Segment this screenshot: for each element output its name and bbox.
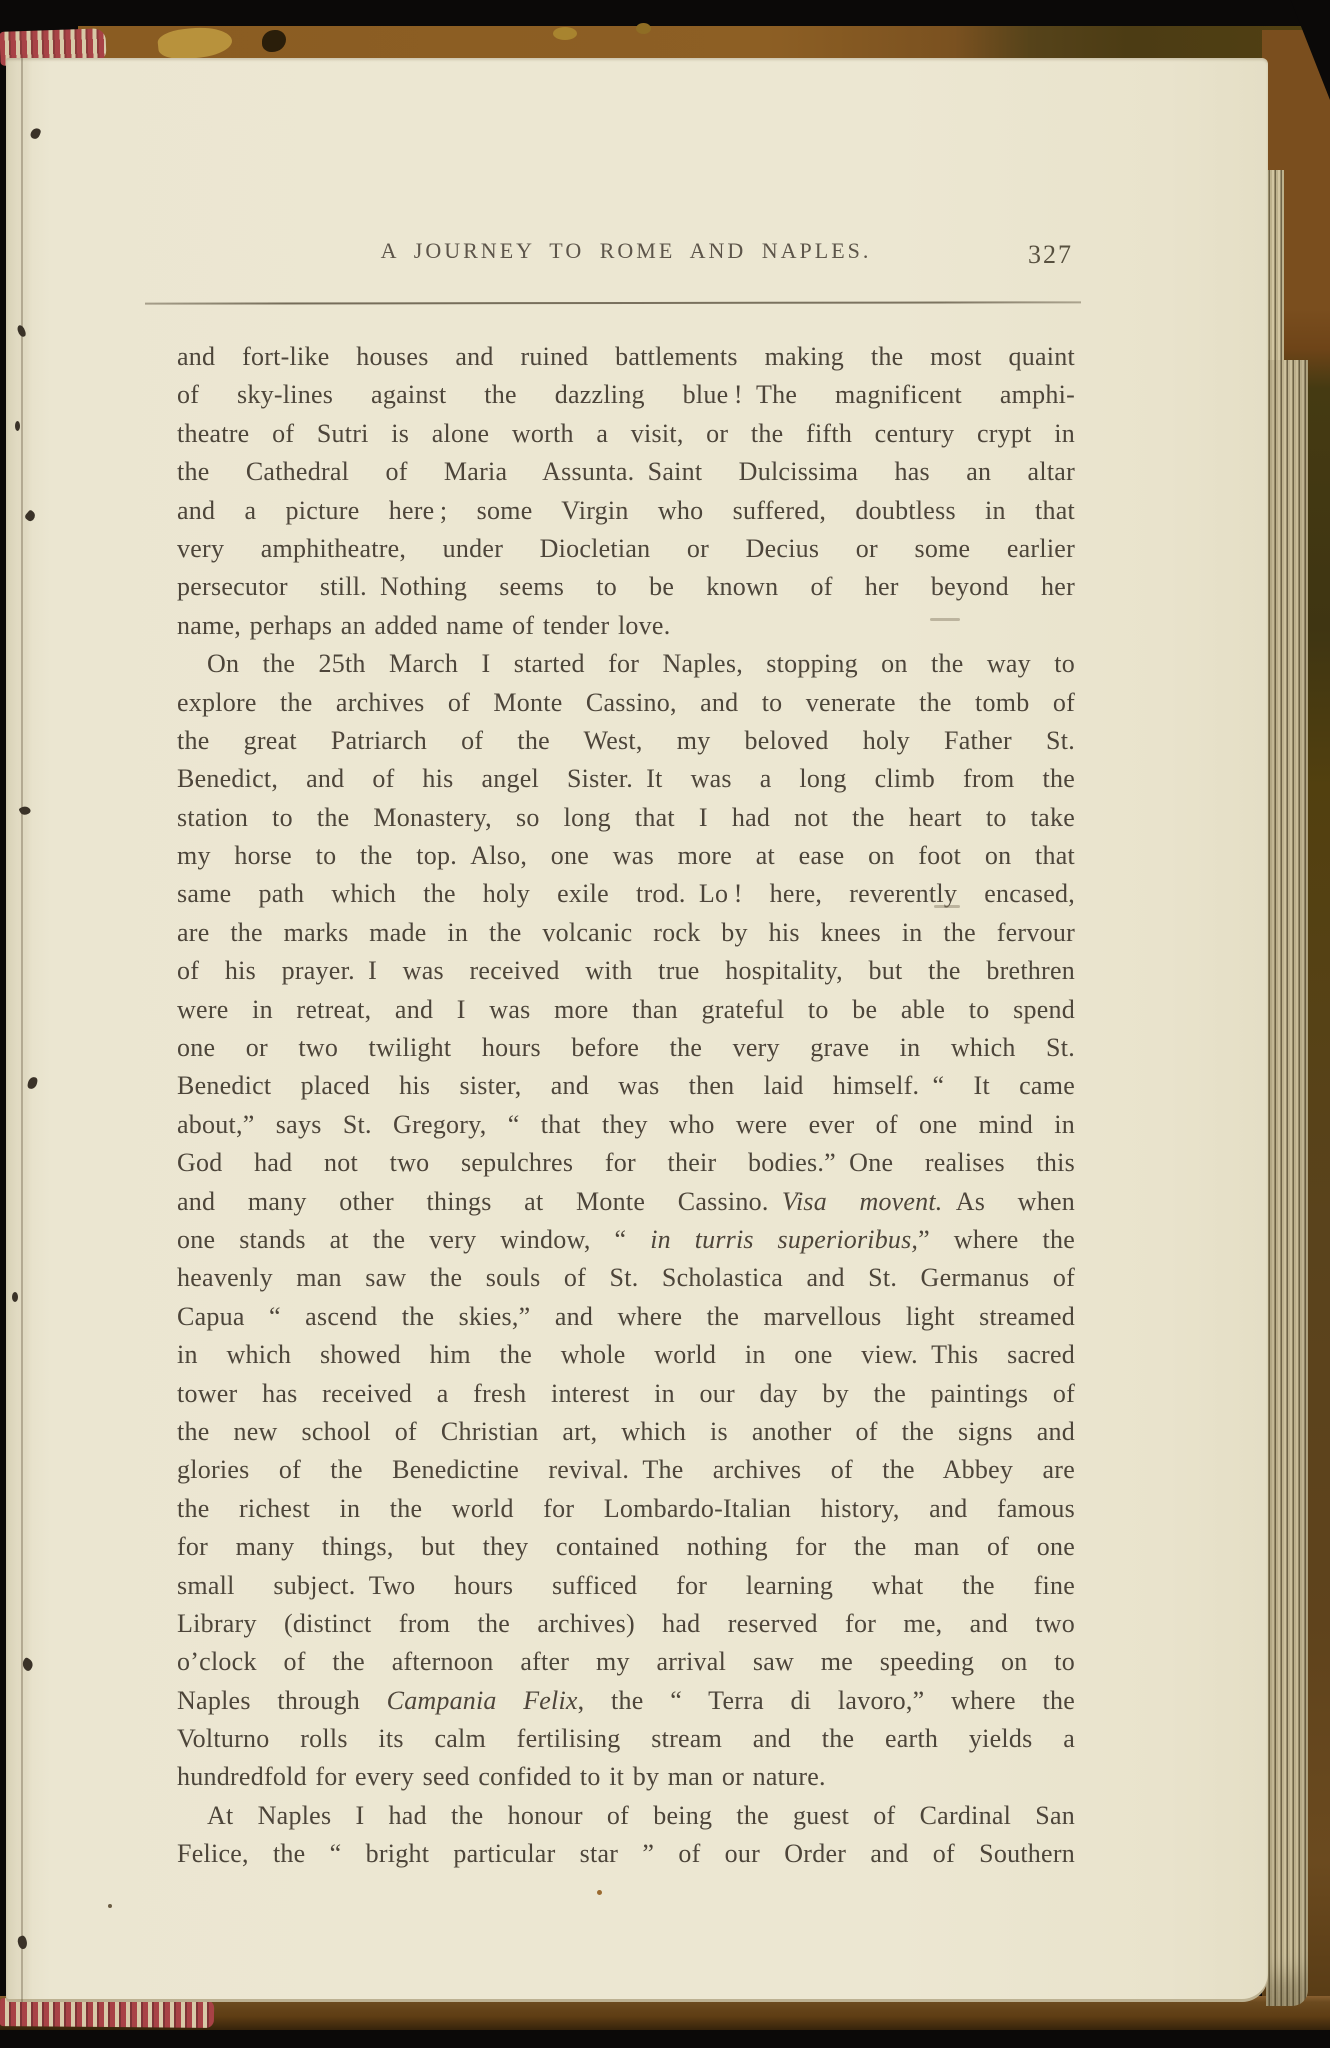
ink-speck (15, 421, 20, 431)
fox-spot (597, 1890, 602, 1895)
text-line: same path which the holy exile trod. Lo … (177, 875, 1075, 913)
page-text: and fort-like houses and ruined battleme… (177, 338, 1075, 1874)
text-line: On the 25th March I started for Naples, … (177, 645, 1075, 683)
text-line: Naples through Campania Felix, the “ Ter… (177, 1682, 1075, 1720)
text-line: and many other things at Monte Cassino. … (177, 1183, 1075, 1221)
text-line: name, perhaps an added name of tender lo… (177, 607, 1075, 645)
ink-speck (27, 1076, 38, 1089)
text-line: explore the archives of Monte Cassino, a… (177, 684, 1075, 722)
text-line: and fort-like houses and ruined battleme… (177, 338, 1075, 376)
text-line: theatre of Sutri is alone worth a visit,… (177, 415, 1075, 453)
fore-edge-pages (1266, 360, 1308, 2006)
text-line: station to the Monastery, so long that I… (177, 799, 1075, 837)
text-line: for many things, but they contained noth… (177, 1528, 1075, 1566)
scanned-book-photo: A JOURNEY TO ROME AND NAPLES. 327 and fo… (0, 0, 1330, 2048)
book-page: A JOURNEY TO ROME AND NAPLES. 327 and fo… (6, 58, 1268, 2002)
text-line: about,” says St. Gregory, “ that they wh… (177, 1106, 1075, 1144)
ink-speck (24, 509, 37, 522)
text-line: glories of the Benedictine revival. The … (177, 1451, 1075, 1489)
text-line: one stands at the very window, “ in turr… (177, 1221, 1075, 1259)
text-line: were in retreat, and I was more than gra… (177, 991, 1075, 1029)
page-header: A JOURNEY TO ROME AND NAPLES. 327 (177, 238, 1075, 272)
fore-edge-pages (1266, 170, 1284, 370)
ink-speck (108, 1904, 112, 1908)
text-line: Library (distinct from the archives) had… (177, 1605, 1075, 1643)
text-line: the great Patriarch of the West, my belo… (177, 722, 1075, 760)
print-artifact (934, 905, 960, 908)
print-artifact (930, 618, 960, 621)
ink-speck (17, 324, 27, 337)
gutter-crease (21, 58, 23, 2002)
header-rule (145, 301, 1081, 304)
text-line: o’clock of the afternoon after my arriva… (177, 1643, 1075, 1681)
text-line: my horse to the top. Also, one was more … (177, 837, 1075, 875)
text-line: Volturno rolls its calm fertilising stre… (177, 1720, 1075, 1758)
text-line: Benedict placed his sister, and was then… (177, 1067, 1075, 1105)
text-line: God had not two sepulchres for their bod… (177, 1144, 1075, 1182)
text-line: Capua “ ascend the skies,” and where the… (177, 1298, 1075, 1336)
text-line: small subject. Two hours sufficed for le… (177, 1567, 1075, 1605)
text-line: Benedict, and of his angel Sister. It wa… (177, 760, 1075, 798)
text-line: the Cathedral of Maria Assunta. Saint Du… (177, 453, 1075, 491)
text-line: hundredfold for every seed confided to i… (177, 1758, 1075, 1796)
text-line: of sky-lines against the dazzling blue !… (177, 376, 1075, 414)
text-line: heavenly man saw the souls of St. Schola… (177, 1259, 1075, 1297)
text-line: in which showed him the whole world in o… (177, 1336, 1075, 1374)
ink-speck (29, 127, 41, 140)
text-line: At Naples I had the honour of being the … (177, 1797, 1075, 1835)
text-line: are the marks made in the volcanic rock … (177, 914, 1075, 952)
text-line: of his prayer. I was received with true … (177, 952, 1075, 990)
torn-paper-scrap (636, 23, 651, 34)
page-number: 327 (1028, 240, 1073, 270)
ink-speck (16, 1935, 29, 1950)
headband-bottom (0, 1998, 214, 2028)
torn-paper-scrap (553, 27, 577, 40)
text-line: the new school of Christian art, which i… (177, 1413, 1075, 1451)
ink-speck (12, 1292, 18, 1302)
text-line: one or two twilight hours before the ver… (177, 1029, 1075, 1067)
text-line: Felice, the “ bright particular star ” o… (177, 1835, 1075, 1873)
running-header: A JOURNEY TO ROME AND NAPLES. (177, 238, 1075, 264)
text-line: the richest in the world for Lombardo-It… (177, 1490, 1075, 1528)
text-line: very amphitheatre, under Diocletian or D… (177, 530, 1075, 568)
text-line: persecutor still. Nothing seems to be kn… (177, 568, 1075, 606)
text-line: tower has received a fresh interest in o… (177, 1375, 1075, 1413)
text-line: and a picture here ; some Virgin who suf… (177, 492, 1075, 530)
